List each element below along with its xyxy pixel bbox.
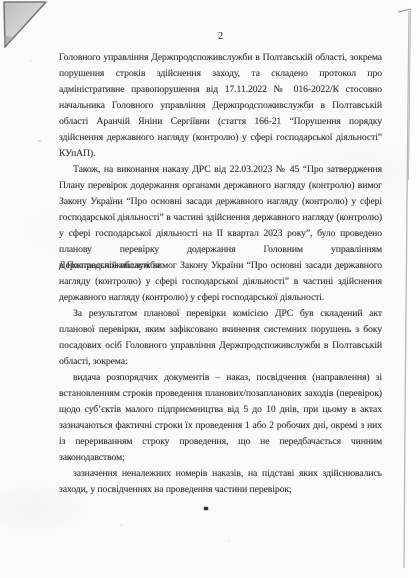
page-text: Головного управління Держпродспоживслужб… [59,50,382,498]
scan-speck [38,140,41,142]
text-line: порушення строків здійснення заходу, та … [59,66,382,82]
text-line: начальника Головного управління Держпрод… [59,98,382,114]
text-line: планову перевірку додержання Головним уп… [59,242,382,258]
text-line: КУпАП). [59,146,382,162]
text-line: адміністративне правопорушення від 17.11… [59,82,382,98]
text-line: планової перевірки, яким зафіксовано вчи… [59,322,382,338]
text-line: видача розпорядчих документів – наказ, п… [59,370,382,386]
text-line: зазначаються фактичні строки їх проведен… [59,418,382,434]
text-line: області Аранчій Яніни Сергіївни (стаття … [59,114,382,130]
text-line: у сфері господарської діяльності на ІІ к… [59,226,382,242]
ink-dot-artifact [204,507,208,510]
scan-speck [120,524,123,526]
scan-speck [30,60,32,62]
text-line: Плану перевірок додержання органами держ… [59,178,382,194]
text-line: Також, на виконання наказу ДРС від 22.03… [59,162,382,178]
text-line: здійснення державного нагляду (контролю)… [59,130,382,146]
text-line: нагляду (контролю) у сфері господарської… [59,274,382,290]
text-line: За результатом планової перевірки комісі… [59,306,382,322]
text-line: господарської діяльності” в частині здій… [59,210,382,226]
text-line: законодавством; [59,450,382,466]
text-line: щодо суб’єктів малого підприємництва від… [59,402,382,418]
text-line: із перериванням строку проведення, що не… [59,434,382,450]
scan-speck [228,540,230,542]
text-line: зазначення неналежних номерів наказів, н… [59,466,382,482]
text-line: заходи, у посвідченнях на проведення час… [59,482,382,498]
text-line: посадових осіб Головного управління Держ… [59,338,382,354]
text-line: Закону України “Про основні засади держа… [59,194,382,210]
text-line: області, зокрема: [59,354,382,370]
text-line: Головного управління Держпродспоживслужб… [59,50,382,66]
text-line: встановленням строків проведення планови… [59,386,382,402]
scan-background-strip [408,0,420,578]
scanned-document-page: 2 Головного управління Держпродспоживслу… [0,0,420,578]
text-line: державного нагляду (контролю) у сфері го… [59,290,382,306]
page-number: 2 [59,31,382,42]
text-line: в Полтавській області вимог Закону Украї… [59,258,382,274]
